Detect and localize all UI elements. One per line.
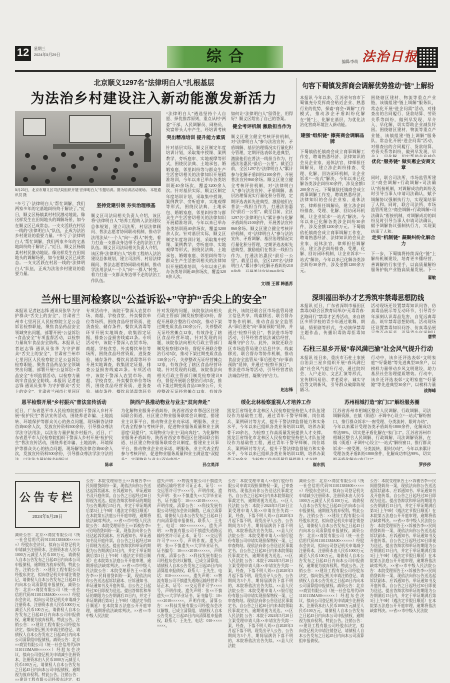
brief-1-headline: 恩平检察开展“乡村振兴”普法宣传活动 [15,399,113,406]
lead-column-4: 如何让“法律明白人”留得住、用得好？顺义区给出了自己的答案。 健全考评机制 激励… [231,111,293,279]
editor-credit: 编辑/李萌 [322,60,358,65]
brief-3-byline: 崔东凯 [227,462,325,468]
brief-4-byline: 罗莎莎 [333,462,431,468]
masthead-logo: 法治日报 [362,50,414,66]
lead-column-4-text: 顺义区建立健全考核评价机制，对“法律明白人”参与法治宣传、矛盾调解、基层治理情况… [231,134,293,272]
weekday: 星期三 [34,47,74,52]
newspaper-page: 12 星期三 2024年5月29日 综合 编辑/李萌 法治日报 北京顺义1297… [0,0,450,683]
photo-standing-person [144,138,151,162]
jurong-column-2-text-c: 下一步，下蜀镇将持续深化“链”上解纷机制建设，培育更多懂经营、善调解的行家里手，… [371,251,436,273]
shizhu-headline: 石柱三星乡开展“春风满巴渝”社会风气提升行动 [300,344,436,353]
lead-column-3: “法律明白人”遴选坚持个人自愿、择优推荐原则，重点从村“两委”干部、人民调解员、… [166,111,226,287]
lead-subhead-3: 健全考评机制 激励担当作为 [231,125,293,131]
announcement-column-6: 公告：本院受理原告王××诉被告李××民间借贷纠纷一案，现依法向你公告送达起诉状副… [370,479,436,681]
jurong-intro: 本报讯 今年以来，江苏省句容市下蜀镇充分发挥商会贴近企业、熟悉行业的优势，探索“… [300,95,365,127]
jurong-subhead-1: 建强“组织链” 擦亮商会调解品牌 [300,134,365,146]
column-divider [296,78,297,394]
brief-1-byline: 陈卓 [15,462,113,468]
lanzhou-column-3: 针对发现的问题，该院依法向相关行政主管部门制发检察建议8份，督促开展联合整治行动… [157,308,222,393]
section-hairline [15,473,436,474]
lead-column-2-text: 顺义区司法局相关负责人介绍，该区将“法律明白人”培养工程纳入法治建设总体规划，建… [91,213,161,283]
brief-2-body: 为化解物业服务矛盾纠纷，陕西省西安市鄠邑区住建局联合街道、社区建立物业服务联席会… [121,408,219,460]
qr-code-icon [417,47,438,68]
jurong-column-1-text: 下蜀镇依托镇商会成立商事调解工作室，聘请熟悉经济、法律知识的会员企业家、退休法官… [300,149,365,273]
shenzhen-column-1: 本报讯 近日，广东省深圳市福田区禁毒办联合区教育局举办“无毒青春·艺路同行”禁毒… [300,303,365,341]
lead-subhead-2: 突出精准培训 提升能力素质 [166,136,226,142]
lead-photo [15,111,161,186]
photo-standing-person-head [145,133,150,138]
section-band: 综合 [167,46,283,68]
jurong-column-2-text-b: 同时，联合司法所、市场监管所建立“商会调解+行政调解+司法确认”衔接机制，对调解… [371,175,436,233]
brief-4-body: 江苏省苏州市相城区整合人民调解、行政调解、司法调解资源，在镇（街道）矛调中心设立… [333,408,431,460]
notice-title: 公告专栏 [16,489,79,505]
lead-column-1: “多亏了‘法律明白人’帮忙调解，我们两家多年的宅基地纠纷终于解决了。”近日，顺义… [15,201,85,287]
lead-photo-caption: 5月23日，北京市顺义区司法局组织开展“法律明白人”专题培训。图为培训活动现场。… [15,188,161,199]
announcement-column-4: 公告：本院受理申请人××银行股份有限公司申请实现担保物权一案，已审查终结。现依法… [228,479,293,681]
shenzhen-byline: 唐荣 [371,334,436,340]
lanzhou-column-4: 此外，该院还联合区市场监管局建立信息共享、线索移送、联合督办等协作机制，推动食品… [228,308,293,384]
shenzhen-headline: 深圳福田举办才艺秀筑牢禁毒思想防线 [300,292,436,302]
shizhu-column-2: 行动中，该乡还评选表彰“文明家庭”“好婆媳”等先进典型30余户，以榜样力量带动乡… [371,355,436,387]
lead-column-2: 坚持党建引领 夯实治理根基 顺义区司法局相关负责人介绍，该区将“法律明白人”培养… [91,201,161,287]
announcement-column-1: 减资公告：北京××商贸有限公司（统一社会信用代码91110113MA00××××… [15,533,80,681]
jurong-subhead-2: 优化“服务链” 做实惠企安商文章 [371,160,436,172]
brief-3-headline: 绥化北林检察重视人才培养工作 [227,399,325,406]
lead-headline: 为法治乡村建设注入新动能激发新活力 [15,87,293,107]
lanzhou-column-1: 本报讯 记者赵志锋 通讯员张华 为守护群众“舌尖上的安全”，甘肃省兰州市七里河区… [15,308,80,393]
announcement-column-5: 减资公告：北京××商贸有限公司（统一社会信用代码91110113MA00××××… [299,479,364,681]
section-title: 综合 [199,48,250,65]
shizhu-byline: 战海峰 [371,388,436,394]
jurong-headline: 句容下蜀镇发挥商会调解优势推动“链”上解纷 [300,80,436,90]
lead-column-4-intro: 如何让“法律明白人”留得住、用得好？顺义区给出了自己的答案。 [231,111,293,122]
jurong-subhead-3: 走实“机制链” 凝聚纠纷化解合力 [371,236,436,248]
photo-screen-center [69,115,111,143]
lanzhou-column-2: 专项活动中，该院干警深入农贸市场、商超、学校食堂、外卖餐饮单位等场所，围绕食品经… [86,308,151,393]
jurong-column-2: 围绕辖区建材、物流等重点产业链，该镇组建“链上调解”服务队，常态化开展“进企问需… [371,95,436,273]
jurong-byline: 翟敏 [371,275,436,281]
announcement-column-3: 遗失声明：××物流有限公司不慎遗失道路运输经营许可证正本，证号：××交运管许可字… [157,479,222,681]
jurong-column-1: 本报讯 今年以来，江苏省句容市下蜀镇充分发挥商会贴近企业、熟悉行业的优势，探索“… [300,95,365,281]
notice-date: 2024年5月29日 [28,511,66,520]
photo-dais [53,144,125,149]
header-rule [15,70,436,72]
lead-column-3-text: 针对基层实际，顺义区制定年度培训计划，采取集中授课、案例教学、旁听庭审、实地观摩… [166,145,226,280]
brief-1-body: 近日，广东省恩平市人民检察院组织干警深入乡村开展“检护民生”普法宣传活动，围绕养… [15,408,113,460]
lead-column-3-intro: “法律明白人”遴选坚持个人自愿、择优推荐原则，重点从村“两委”干部、人民调解员、… [166,111,226,133]
photo-audience [25,153,30,158]
brief-3-body: 黑龙江省绥化市北林区人民检察院坚持把人才队伍建设作为基础性工程，通过青年干警导师… [227,408,325,460]
lead-byline: 文/图 王蓉 韩基苏 [231,281,293,287]
shenzhen-column-2: 活动现场还设置禁毒知识问答、仿真毒品展示等互动环节，引导青少年深刻认识毒品危害，… [371,303,436,333]
photo-screen-left [23,118,46,136]
photo-floor-shade [15,171,161,186]
announcement-column-2: 公告：本院受理原告王××诉被告李××民间借贷纠纷一案，现依法向你公告送达起诉状副… [86,479,151,681]
lanzhou-byline: 赵志锋 [228,387,293,393]
brief-2-byline: 孙立昊洋 [121,462,219,468]
brief-4-headline: 苏州相城打造“家门口”解纷服务圈 [333,399,431,406]
notice-box: 公告专栏 2024年5月29日 [15,481,80,528]
lanzhou-headline: 兰州七里河检察以“公益诉讼+”守护“舌尖上的安全” [15,291,293,306]
lead-subhead-1: 坚持党建引领 夯实治理根基 [91,204,161,210]
brief-2-headline: 陕西户县推动物业与业主“双向奔赴” [121,399,219,406]
page-number: 12 [15,46,31,61]
jurong-column-2-text-a: 围绕辖区建材、物流等重点产业链，该镇组建“链上调解”服务队，常态化开展“进企问需… [371,95,436,157]
shizhu-column-1: 本报讯 连日来，重庆市石柱土家族自治县三星乡组织开展“春风满巴渝”社会风气提升行… [300,355,365,395]
publish-date: 2024年5月29日 [34,53,74,58]
